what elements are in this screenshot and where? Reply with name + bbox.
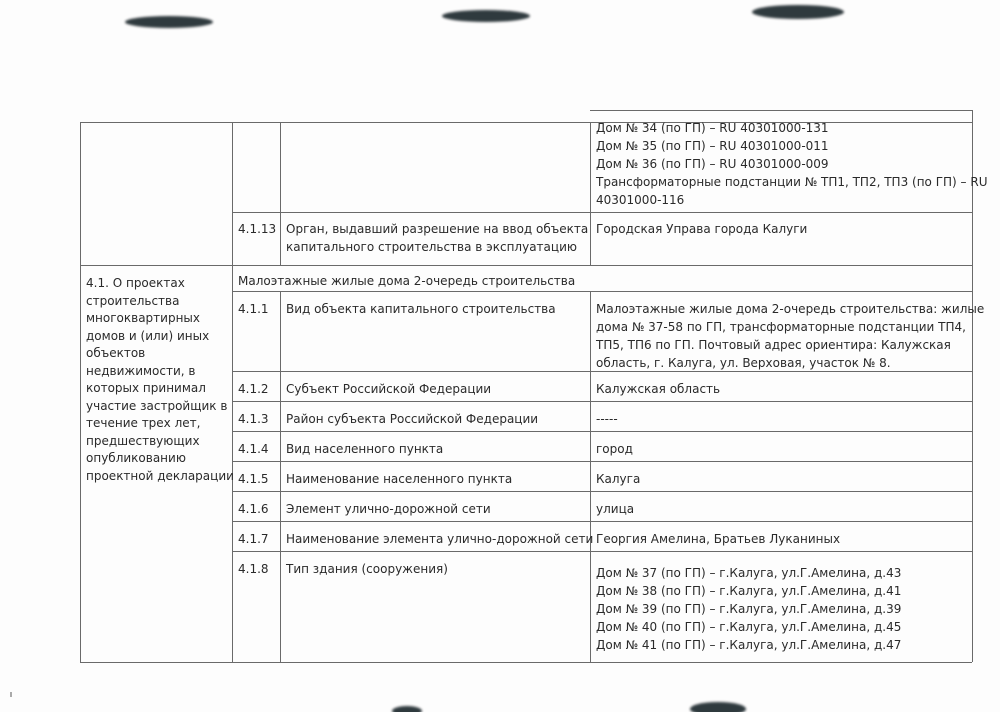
text-line: Дом № 41 (по ГП) – г.Калуга, ул.Г.Амелин… bbox=[596, 636, 901, 654]
row-value: Дом № 37 (по ГП) – г.Калуга, ул.Г.Амелин… bbox=[590, 560, 907, 658]
row-value: Калужская область bbox=[590, 376, 726, 402]
row-label: Район субъекта Российской Федерации bbox=[280, 406, 544, 432]
text-line: объектов bbox=[86, 345, 234, 363]
text-line: город bbox=[596, 440, 633, 458]
row-number: 4.1.6 bbox=[232, 496, 275, 522]
permit-list-value: Дом № 34 (по ГП) – RU 40301000-131 Дом №… bbox=[590, 115, 993, 213]
row-label: Орган, выдавший разрешение на ввод объек… bbox=[280, 216, 594, 260]
text-line: Орган, выдавший разрешение на ввод объек… bbox=[286, 220, 588, 238]
text-line: Дом № 39 (по ГП) – г.Калуга, ул.Г.Амелин… bbox=[596, 600, 901, 618]
row-number: 4.1.4 bbox=[232, 436, 275, 462]
row-value: Георгия Амелина, Братьев Луканиных bbox=[590, 526, 846, 552]
row-value: улица bbox=[590, 496, 640, 522]
text-line: предшествующих bbox=[86, 433, 234, 451]
row-label: Элемент улично-дорожной сети bbox=[280, 496, 497, 522]
text-line: 4.1. О проектах bbox=[86, 275, 234, 293]
row-label: Вид населенного пункта bbox=[280, 436, 449, 462]
row-number: 4.1.3 bbox=[232, 406, 275, 432]
text-line: Дом № 40 (по ГП) – г.Калуга, ул.Г.Амелин… bbox=[596, 618, 901, 636]
text-line: Калуга bbox=[596, 470, 640, 488]
row-value: город bbox=[590, 436, 639, 462]
text-line: Дом № 36 (по ГП) – RU 40301000-009 bbox=[596, 155, 987, 173]
row-label: Наименование населенного пункта bbox=[280, 466, 518, 492]
text-line: Дом № 38 (по ГП) – г.Калуга, ул.Г.Амелин… bbox=[596, 582, 901, 600]
text-line: Дом № 35 (по ГП) – RU 40301000-011 bbox=[596, 137, 987, 155]
text-line: участие застройщик в bbox=[86, 398, 234, 416]
text-line: домов и (или) иных bbox=[86, 328, 234, 346]
section-label: 4.1. О проектах строительства многокварт… bbox=[80, 271, 240, 489]
text-line: Трансформаторные подстанции № ТП1, ТП2, … bbox=[596, 173, 987, 191]
row-label: Наименование элемента улично-дорожной се… bbox=[280, 526, 599, 552]
text-line: многоквартирных bbox=[86, 310, 234, 328]
row-label: Тип здания (сооружения) bbox=[280, 556, 454, 582]
declaration-table: Дом № 34 (по ГП) – RU 40301000-131 Дом №… bbox=[0, 0, 1000, 712]
row-number: 4.1.1 bbox=[232, 296, 275, 322]
text-line: 40301000-116 bbox=[596, 191, 987, 209]
row-value: Малоэтажные жилые дома 2-очередь строите… bbox=[590, 296, 990, 376]
text-line: проектной декларации bbox=[86, 468, 234, 486]
row-value: Городская Управа города Калуги bbox=[590, 216, 813, 242]
row-number: 4.1.7 bbox=[232, 526, 275, 552]
text-line: Малоэтажные жилые дома 2-очередь строите… bbox=[596, 300, 984, 318]
text-line: область, г. Калуга, ул. Верховая, участо… bbox=[596, 354, 984, 372]
project-banner: Малоэтажные жилые дома 2-очередь строите… bbox=[232, 268, 581, 294]
text-line: течение трех лет, bbox=[86, 415, 234, 433]
row-value: ----- bbox=[590, 406, 624, 432]
text-line: капитального строительства в эксплуатаци… bbox=[286, 238, 588, 256]
text-line: недвижимости, в bbox=[86, 363, 234, 381]
text-line: которых принимал bbox=[86, 380, 234, 398]
text-line: Дом № 37 (по ГП) – г.Калуга, ул.Г.Амелин… bbox=[596, 564, 901, 582]
text-line: ----- bbox=[596, 410, 618, 428]
text-line: дома № 37-58 по ГП, трансформаторные под… bbox=[596, 318, 984, 336]
text-line: Георгия Амелина, Братьев Луканиных bbox=[596, 530, 840, 548]
text-line: Дом № 34 (по ГП) – RU 40301000-131 bbox=[596, 119, 987, 137]
row-number: 4.1.2 bbox=[232, 376, 275, 402]
text-line: улица bbox=[596, 500, 634, 518]
row-label: Субъект Российской Федерации bbox=[280, 376, 497, 402]
row-value: Калуга bbox=[590, 466, 646, 492]
row-label: Вид объекта капитального строительства bbox=[280, 296, 562, 322]
text-line: Калужская область bbox=[596, 380, 720, 398]
text-line: опубликованию bbox=[86, 450, 234, 468]
row-number: 4.1.8 bbox=[232, 556, 275, 582]
row-number: 4.1.5 bbox=[232, 466, 275, 492]
row-number: 4.1.13 bbox=[232, 216, 282, 242]
text-line: строительства bbox=[86, 293, 234, 311]
text-line: ТП5, ТП6 по ГП. Почтовый адрес ориентира… bbox=[596, 336, 984, 354]
